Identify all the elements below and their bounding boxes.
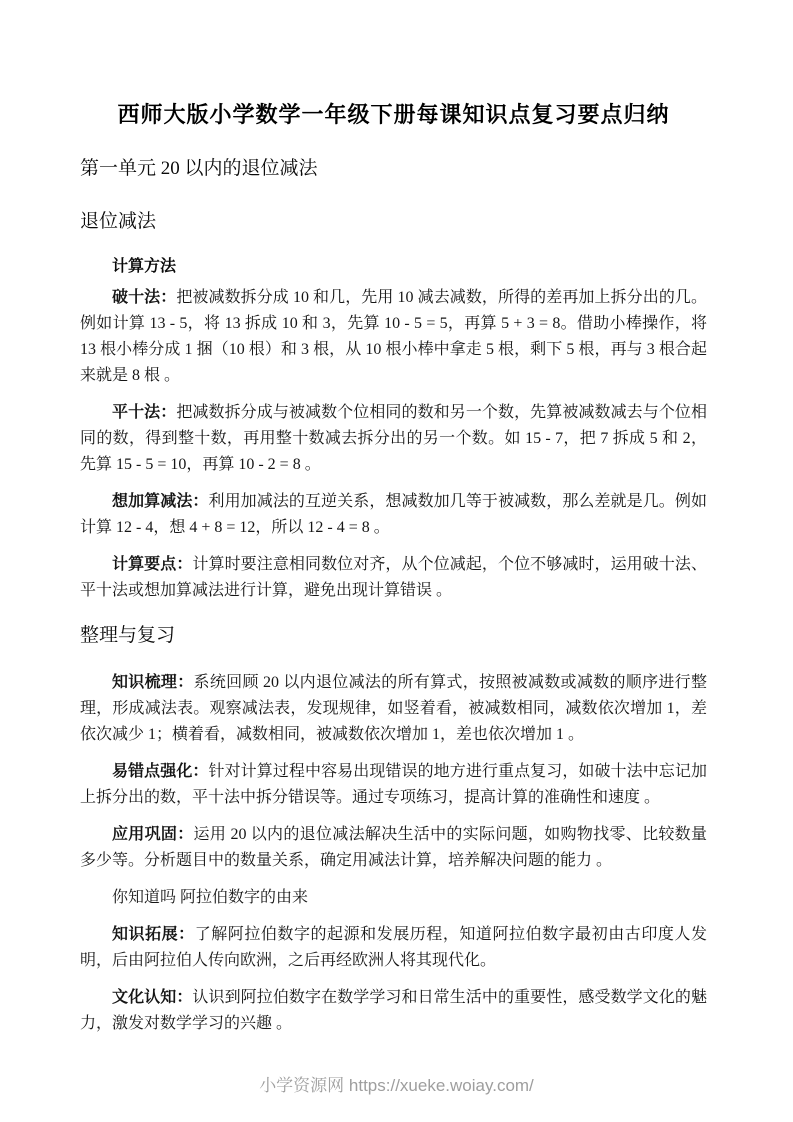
- document-title: 西师大版小学数学一年级下册每课知识点复习要点归纳: [80, 100, 707, 130]
- document-page: 西师大版小学数学一年级下册每课知识点复习要点归纳 第一单元 20 以内的退位减法…: [0, 0, 793, 1037]
- footer-site-credit: 小学资源网 https://xueke.woiay.com/: [0, 1071, 793, 1096]
- para-knowledge-expansion: 知识拓展：了解阿拉伯数字的起源和发展历程，知道阿拉伯数字最初由古印度人发明，后由…: [80, 922, 707, 974]
- para-lead-application: 应用巩固：: [112, 826, 194, 843]
- para-application-practice: 应用巩固：运用 20 以内的退位减法解决生活中的实际问题，如购物找零、比较数量多…: [80, 822, 707, 874]
- para-lead-knowledge-sorting: 知识梳理：: [112, 674, 194, 691]
- para-flat-ten-method: 平十法：把减数拆分成与被减数个位相同的数和另一个数，先算被减数减去与个位相同的数…: [80, 400, 707, 478]
- para-calculation-key-points: 计算要点：计算时要注意相同数位对齐，从个位减起，个位不够减时，运用破十法、平十法…: [80, 552, 707, 604]
- para-think-addition-method: 想加算减法：利用加减法的互逆关系，想减数加几等于被减数，那么差就是几。例如计算 …: [80, 489, 707, 541]
- para-error-prone-points: 易错点强化：针对计算过程中容易出现错误的地方进行重点复习，如破十法中忘记加上拆分…: [80, 759, 707, 811]
- section-heading-borrow-subtraction: 退位减法: [80, 210, 707, 234]
- para-break-ten-method: 破十法：把被减数拆分成 10 和几，先用 10 减去减数，所得的差再加上拆分出的…: [80, 285, 707, 389]
- para-lead-break-ten: 破十法：: [112, 289, 176, 306]
- section-heading-review: 整理与复习: [80, 624, 707, 648]
- para-cultural-awareness: 文化认知：认识到阿拉伯数字在数学学习和日常生活中的重要性，感受数学文化的魅力，激…: [80, 985, 707, 1037]
- para-did-you-know-note: 你知道吗 阿拉伯数字的由来: [80, 885, 707, 911]
- para-lead-flat-ten: 平十法：: [112, 404, 176, 421]
- para-lead-key-points: 计算要点：: [112, 556, 192, 573]
- para-knowledge-sorting: 知识梳理：系统回顾 20 以内退位减法的所有算式，按照被减数或减数的顺序进行整理…: [80, 670, 707, 748]
- para-lead-think-addition: 想加算减法：: [112, 493, 209, 510]
- unit-heading: 第一单元 20 以内的退位减法: [80, 157, 707, 181]
- para-lead-cultural-awareness: 文化认知：: [112, 989, 192, 1006]
- para-lead-error-prone: 易错点强化：: [112, 763, 209, 780]
- para-lead-knowledge-expansion: 知识拓展：: [112, 926, 195, 943]
- subheading-calculation-methods: 计算方法: [80, 256, 707, 278]
